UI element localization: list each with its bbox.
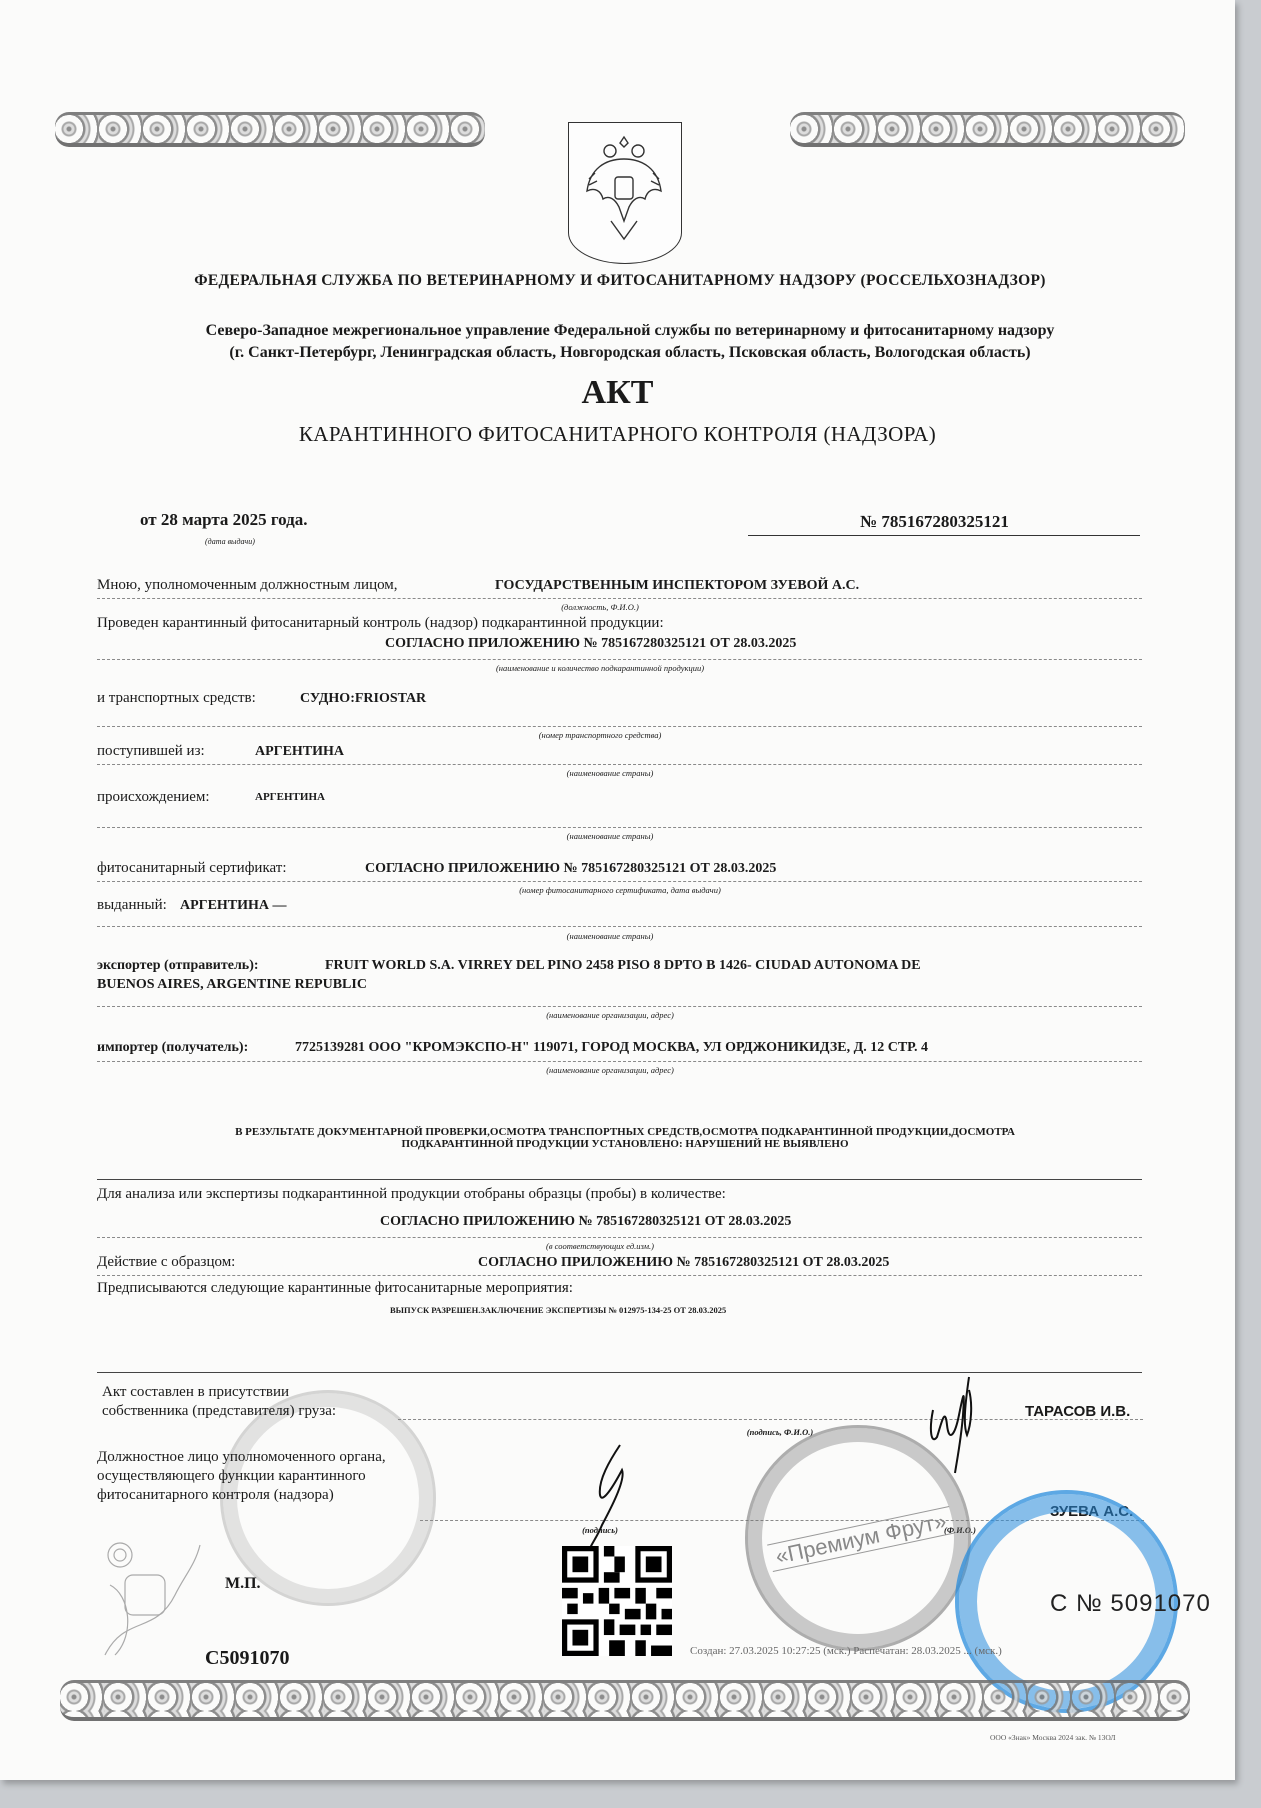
issue-date: от 28 марта 2025 года. bbox=[140, 510, 308, 530]
result-line-2: ПОДКАРАНТИННОЙ ПРОДУКЦИИ УСТАНОВЛЕНО: НА… bbox=[100, 1138, 1150, 1150]
origin-country-value: АРГЕНТИНА bbox=[255, 791, 325, 803]
sample-action-underline bbox=[97, 1275, 1142, 1276]
division-line-1: Северо-Западное межрегиональное управлен… bbox=[90, 320, 1170, 342]
measures-label: Предписываются следующие карантинные фит… bbox=[97, 1280, 573, 1297]
qr-code[interactable] bbox=[562, 1546, 672, 1656]
bottom-ornament bbox=[60, 1680, 1190, 1721]
created-timestamp: Создан: 27.03.2025 10:27:25 (мск.) Распе… bbox=[690, 1645, 1002, 1657]
form-serial: С5091070 bbox=[205, 1647, 289, 1670]
control-caption: (наименование и количество подкарантинно… bbox=[420, 663, 780, 673]
samples-value: СОГЛАСНО ПРИЛОЖЕНИЮ № 785167280325121 ОТ… bbox=[380, 1214, 791, 1230]
agency-name: ФЕДЕРАЛЬНАЯ СЛУЖБА ПО ВЕТЕРИНАРНОМУ И ФИ… bbox=[90, 272, 1150, 290]
measures-value: ВЫПУСК РАЗРЕШЕН.ЗАКЛЮЧЕНИЕ ЭКСПЕРТИЗЫ № … bbox=[390, 1305, 726, 1315]
control-value: СОГЛАСНО ПРИЛОЖЕНИЮ № 785167280325121 ОТ… bbox=[385, 636, 796, 652]
samples-caption: (в соответствующих ед.изм.) bbox=[500, 1241, 700, 1251]
transport-value: СУДНО:FRIOSTAR bbox=[300, 691, 426, 707]
importer-underline bbox=[97, 1061, 1142, 1062]
act-number: № 785167280325121 bbox=[860, 512, 1009, 532]
certificate-caption: (номер фитосанитарного сертификата, дата… bbox=[470, 885, 770, 895]
sample-action-value: СОГЛАСНО ПРИЛОЖЕНИЮ № 785167280325121 ОТ… bbox=[478, 1255, 889, 1271]
official-signature bbox=[580, 1440, 640, 1550]
samples-underline bbox=[97, 1237, 1142, 1238]
issue-date-caption: (дата выдачи) bbox=[205, 537, 255, 546]
exporter-value-line-2: BUENOS AIRES, ARGENTINE REPUBLIC bbox=[97, 977, 367, 993]
official-label: Должностное лицо уполномоченного органа,… bbox=[97, 1448, 386, 1505]
top-ornament-right bbox=[790, 112, 1185, 147]
owner-label: Акт составлен в присутствии собственника… bbox=[102, 1383, 336, 1421]
corner-ornament bbox=[95, 1525, 205, 1665]
issued-caption: (наименование страны) bbox=[520, 931, 700, 941]
inspector-label: Мною, уполномоченным должностным лицом, bbox=[97, 577, 398, 594]
importer-value: 7725139281 ООО "КРОМЭКСПО-Н" 119071, ГОР… bbox=[295, 1040, 928, 1056]
importer-label: импортер (получатель): bbox=[97, 1040, 248, 1056]
origin-country-caption: (наименование страны) bbox=[520, 831, 700, 841]
issued-value: АРГЕНТИНА — bbox=[180, 898, 287, 914]
act-number-underline bbox=[748, 535, 1140, 536]
owner-name: ТАРАСОВ И.В. bbox=[1025, 1403, 1130, 1420]
from-country-underline bbox=[97, 764, 1142, 765]
samples-label: Для анализа или экспертизы подкарантинно… bbox=[97, 1186, 726, 1203]
origin-country-underline bbox=[97, 827, 1142, 828]
seal-mark: М.П. bbox=[225, 1575, 261, 1593]
origin-country-label: происхождением: bbox=[97, 789, 210, 806]
certificate-value: СОГЛАСНО ПРИЛОЖЕНИЮ № 785167280325121 ОТ… bbox=[365, 861, 776, 877]
from-country-value: АРГЕНТИНА bbox=[255, 744, 344, 760]
form-serial-large: С № 5091070 bbox=[1050, 1590, 1211, 1618]
official-label-line-1: Должностное лицо уполномоченного органа, bbox=[97, 1448, 386, 1467]
certificate-label: фитосанитарный сертификат: bbox=[97, 860, 287, 877]
sample-action-label: Действие с образцом: bbox=[97, 1254, 235, 1271]
owner-label-line-2: собственника (представителя) груза: bbox=[102, 1402, 336, 1421]
exporter-caption: (наименование организации, адрес) bbox=[490, 1010, 730, 1020]
certificate-underline bbox=[97, 881, 1142, 882]
official-label-line-3: фитосанитарного контроля (надзора) bbox=[97, 1486, 386, 1505]
document-title: АКТ bbox=[0, 374, 1235, 412]
inspection-result: В РЕЗУЛЬТАТЕ ДОКУМЕНТАРНОЙ ПРОВЕРКИ,ОСМО… bbox=[100, 1126, 1150, 1150]
from-country-caption: (наименование страны) bbox=[520, 768, 700, 778]
issued-underline bbox=[97, 926, 1142, 927]
from-country-label: поступившей из: bbox=[97, 743, 205, 760]
division-name: Северо-Западное межрегиональное управлен… bbox=[90, 320, 1170, 364]
owner-label-line-1: Акт составлен в присутствии bbox=[102, 1383, 336, 1402]
transport-caption: (номер транспортного средства) bbox=[480, 730, 720, 740]
division-line-2: (г. Санкт-Петербург, Ленинградская облас… bbox=[90, 342, 1170, 364]
importer-caption: (наименование организации, адрес) bbox=[490, 1065, 730, 1075]
document-subtitle: КАРАНТИННОГО ФИТОСАНИТАРНОГО КОНТРОЛЯ (Н… bbox=[0, 422, 1235, 447]
issued-label: выданный: bbox=[97, 897, 167, 914]
russian-coat-of-arms-icon bbox=[568, 122, 682, 264]
printer-info: ООО «Знак» Москва 2024 зак. № 13ОЛ bbox=[990, 1733, 1116, 1742]
inspector-caption: (должность, Ф.И.О.) bbox=[500, 602, 700, 612]
exporter-label: экспортер (отправитель): bbox=[97, 958, 259, 974]
result-line-1: В РЕЗУЛЬТАТЕ ДОКУМЕНТАРНОЙ ПРОВЕРКИ,ОСМО… bbox=[100, 1126, 1150, 1138]
control-underline bbox=[97, 659, 1142, 660]
transport-underline bbox=[97, 726, 1142, 727]
official-label-line-2: осуществляющего функции карантинного bbox=[97, 1467, 386, 1486]
transport-label: и транспортных средств: bbox=[97, 690, 256, 707]
inspector-value: ГОСУДАРСТВЕННЫМ ИНСПЕКТОРОМ ЗУЕВОЙ А.С. bbox=[495, 578, 859, 594]
result-underline bbox=[97, 1179, 1142, 1180]
document-page: ФЕДЕРАЛЬНАЯ СЛУЖБА ПО ВЕТЕРИНАРНОМУ И ФИ… bbox=[0, 0, 1235, 1780]
control-label: Проведен карантинный фитосанитарный конт… bbox=[97, 615, 664, 632]
exporter-value-line-1: FRUIT WORLD S.A. VIRREY DEL PINO 2458 PI… bbox=[325, 958, 921, 974]
exporter-underline bbox=[97, 1006, 1142, 1007]
inspector-underline bbox=[97, 598, 1142, 599]
signatures-top-line bbox=[97, 1372, 1142, 1373]
top-ornament-left bbox=[55, 112, 485, 147]
